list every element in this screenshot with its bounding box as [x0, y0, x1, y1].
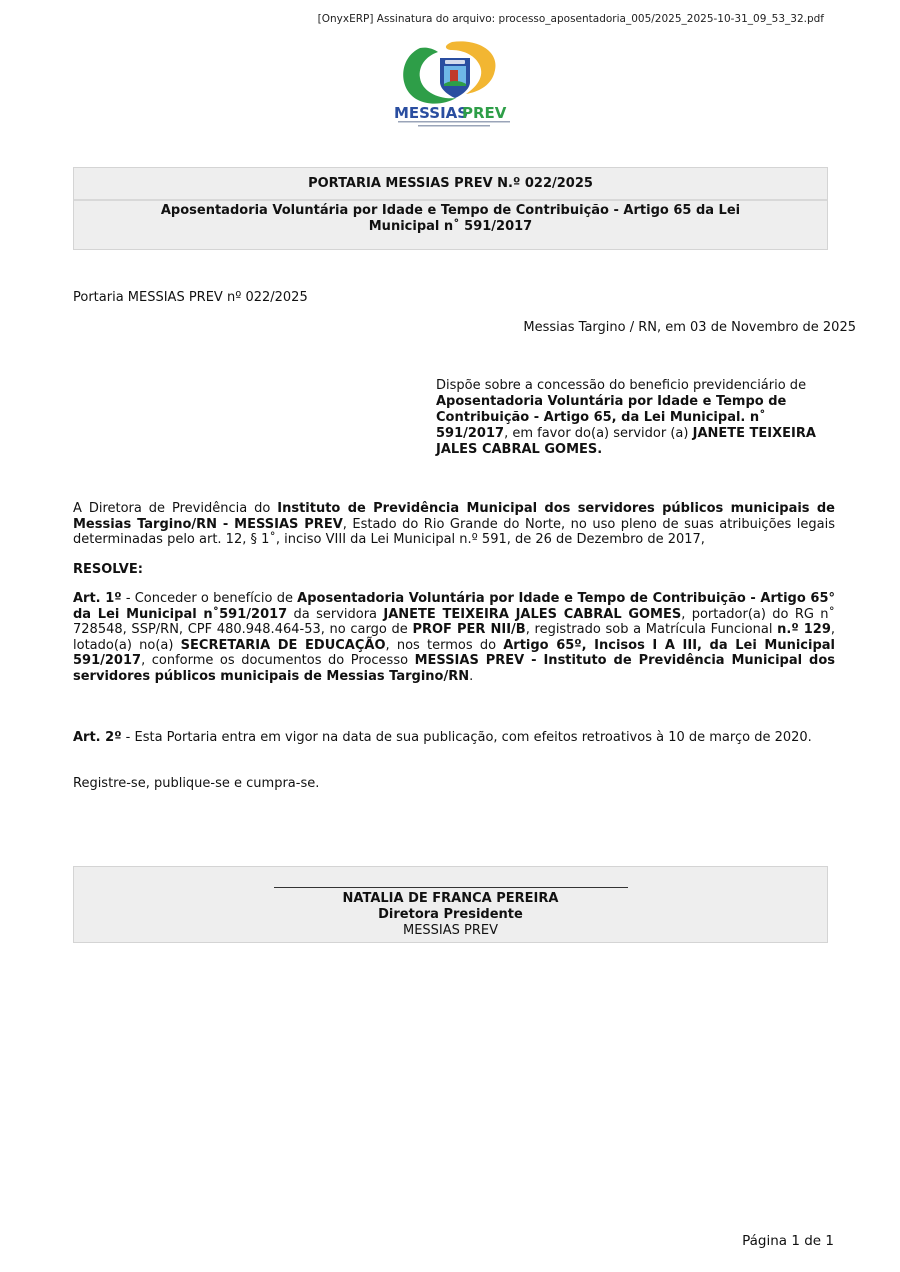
preamble-paragraph: A Diretora de Previdência do Instituto d… — [73, 501, 835, 548]
page-number: Página 1 de 1 — [0, 1233, 834, 1249]
portaria-title: PORTARIA MESSIAS PREV N.º 022/2025 — [74, 168, 827, 201]
signature-line — [274, 883, 628, 888]
signer-role: Diretora Presidente — [74, 907, 827, 923]
portaria-reference: Portaria MESSIAS PREV nº 022/2025 — [73, 290, 308, 305]
article-1: Art. 1º - Conceder o benefício de Aposen… — [73, 591, 835, 684]
svg-text:PREV: PREV — [462, 104, 507, 122]
article-1-label: Art. 1º — [73, 591, 122, 606]
article-2-label: Art. 2º — [73, 730, 122, 745]
svg-text:MESSIAS: MESSIAS — [394, 104, 468, 122]
article-1-text: . — [469, 669, 473, 684]
article-1-text: , nos termos do — [386, 638, 504, 653]
ementa-text: , em favor do(a) servidor (a) — [504, 426, 693, 441]
messiasprev-logo-icon: MESSIAS PREV — [390, 38, 520, 130]
article-1-text: da servidora — [287, 607, 383, 622]
article-1-server-name: JANETE TEIXEIRA JALES CABRAL GOMES — [383, 607, 681, 622]
signer-organization: MESSIAS PREV — [74, 923, 827, 939]
file-signature-header: [OnyxERP] Assinatura do arquivo: process… — [0, 13, 824, 25]
signature-box: NATALIA DE FRANCA PEREIRA Diretora Presi… — [73, 866, 828, 943]
article-1-text: - Conceder o benefício de — [122, 591, 298, 606]
article-1-registration: n.º 129 — [777, 622, 831, 637]
messiasprev-logo: MESSIAS PREV — [390, 38, 520, 130]
resolve-heading: RESOLVE: — [73, 562, 835, 578]
closing-statement: Registre-se, publique-se e cumpra-se. — [73, 776, 835, 792]
article-1-text: , conforme os documentos do Processo — [141, 653, 415, 668]
article-1-department: SECRETARIA DE EDUCAÇÃO — [181, 638, 386, 653]
signer-name: NATALIA DE FRANCA PEREIRA — [74, 891, 827, 907]
article-2-text: - Esta Portaria entra em vigor na data d… — [122, 730, 812, 745]
portaria-title-box: PORTARIA MESSIAS PREV N.º 022/2025 Apose… — [73, 167, 828, 250]
article-2: Art. 2º - Esta Portaria entra em vigor n… — [73, 730, 835, 746]
ementa: Dispõe sobre a concessão do beneficio pr… — [436, 378, 816, 458]
preamble-text: A Diretora de Previdência do — [73, 501, 277, 516]
article-1-text: , registrado sob a Matrícula Funcional — [526, 622, 777, 637]
article-1-position: PROF PER NII/B — [412, 622, 525, 637]
ementa-text: Dispõe sobre a concessão do beneficio pr… — [436, 378, 806, 393]
portaria-subtitle: Aposentadoria Voluntária por Idade e Tem… — [74, 201, 827, 235]
place-date: Messias Targino / RN, em 03 de Novembro … — [0, 320, 856, 335]
